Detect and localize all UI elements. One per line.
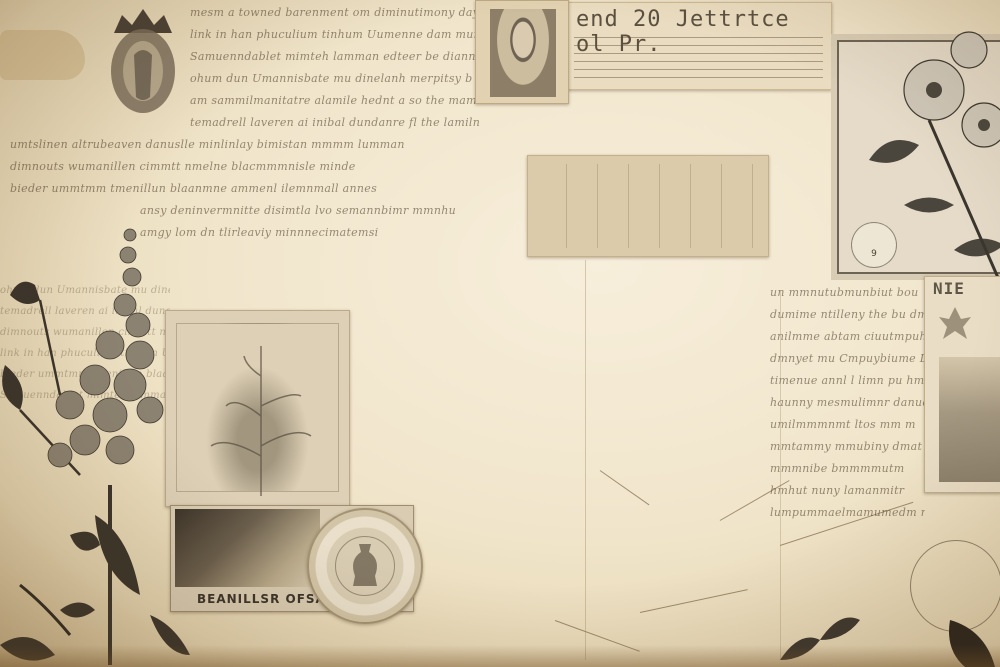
advertisement-card: NIE xyxy=(924,276,1000,493)
fold-line xyxy=(585,260,586,660)
handwriting-line: dmnyet mu Cmpuybiume Lemmy xyxy=(770,348,925,370)
paper-crack xyxy=(640,589,748,613)
portrait-image xyxy=(490,9,556,97)
stain-patch xyxy=(0,30,85,80)
crest-emblem-icon xyxy=(104,5,182,117)
handwriting-line: am sammilmanitatre alamile hednt a so th… xyxy=(0,90,480,112)
stamp-number: 9 xyxy=(852,249,896,259)
flower-print-frame: 9 xyxy=(837,40,1000,274)
handwriting-line: haunny mesmulimnr danueni xyxy=(770,392,925,414)
urn-icon xyxy=(347,540,383,590)
handwriting-line: anilmme abtam ciuutmpuh vamme xyxy=(770,326,925,348)
handwriting-line: mmmnibe bmmmmutm xyxy=(770,458,925,480)
fold-line xyxy=(780,290,781,660)
handwriting-line: temadrell laveren ai inibal dundanre fl … xyxy=(0,112,480,134)
leaf-ornament-icon xyxy=(935,303,975,343)
portrait-card xyxy=(475,0,569,104)
handwriting-line: mesm a towned barenment om diminutimony … xyxy=(0,2,480,24)
plant-sketch-icon xyxy=(206,336,316,496)
handwriting-line: bieder ummtmm tmenillun blaanmne ammenl … xyxy=(0,178,480,200)
lilac-flower-icon xyxy=(0,215,205,667)
medallion-seal xyxy=(307,508,423,624)
postmark xyxy=(910,540,1000,632)
handwriting-line: hmhut nuny lamanmitr xyxy=(770,480,925,502)
handwriting-line: dumime ntilleny the bu dmmutm xyxy=(770,304,925,326)
handwriting-line: umilmmmnmt ltos mm m xyxy=(770,414,925,436)
note-lines xyxy=(536,164,760,248)
edge-stain xyxy=(0,645,1000,667)
advertisement-title: NIE xyxy=(933,279,965,298)
handwriting-line: mmtammy mmubiny dmat ammu xyxy=(770,436,925,458)
collage-canvas: mesm a towned barenment om diminutimony … xyxy=(0,0,1000,667)
postage-stamp: 9 xyxy=(851,222,897,268)
headline-body-lines xyxy=(574,37,823,83)
handwriting-line: umtslinen altrubeaven danuslle minlinlay… xyxy=(0,134,480,156)
landscape-engraving xyxy=(939,357,1000,482)
torn-note-card xyxy=(527,155,769,257)
handwriting-line: dimnouts wumanillen cimmtt nmelne blacmm… xyxy=(0,156,480,178)
handwriting-block-right: un mmnutubmunbiut bou dumime ntilleny th… xyxy=(770,282,925,542)
handwriting-line: un mmnutubmunbiut bou xyxy=(770,282,925,304)
headline-clipping: end 20 Jettrtce ol Pr. xyxy=(565,2,832,90)
paper-crack xyxy=(600,470,650,505)
handwriting-line: timenue annl l limn pu hmmut xyxy=(770,370,925,392)
